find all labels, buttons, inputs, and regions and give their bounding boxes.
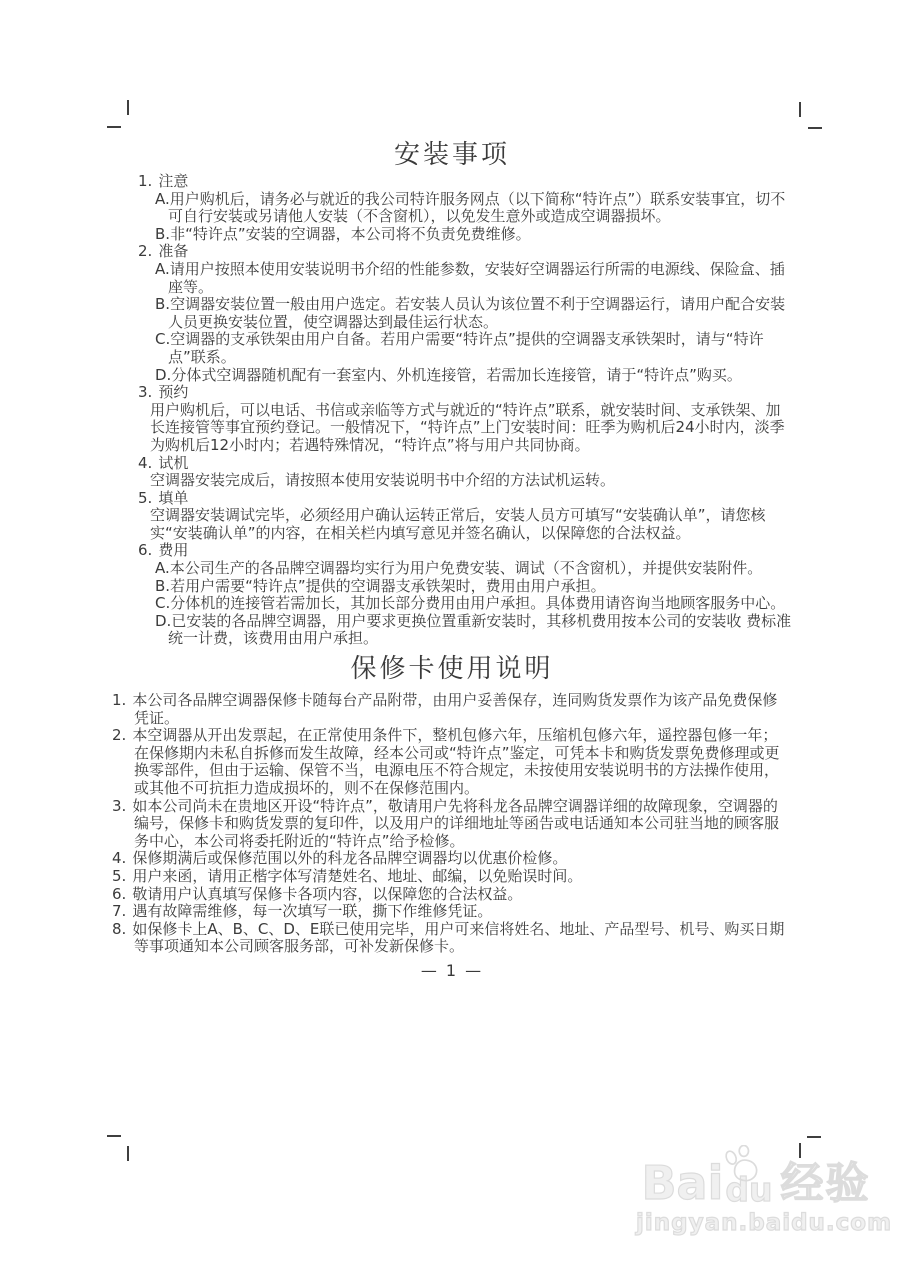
footer-page-number: — 1 —: [112, 961, 792, 980]
warranty-section-title: 保修卡使用说明: [112, 654, 792, 684]
warranty-item-6: 6.敬请用户认真填写保修卡各项内容，以保障您的合法权益。: [112, 886, 792, 904]
install-item-6-sub-d: D.已安装的各品牌空调器，用户要求更换位置重新安装时，其移机费用按本公司的安装收…: [112, 613, 792, 648]
warranty-item-3: 3.如本公司尚未在贵地区开设“特许点”，敬请用户先将科龙各品牌空调器详细的故障现…: [112, 798, 792, 851]
sub-item-label: C.: [155, 330, 170, 348]
item-number: 3.: [138, 383, 152, 401]
install-item-5-heading: 5.填单: [112, 490, 792, 508]
jingyan-url-text: jingyan.baidu.com: [636, 1210, 876, 1236]
crop-mark-bottom-left-vertical: [127, 1146, 129, 1161]
item-number: 2.: [138, 242, 152, 260]
crop-mark-bottom-left-horizontal: [107, 1135, 121, 1137]
sub-item-text: 本公司生产的各品牌空调器均实行为用户免费安装、调试（不含窗机），并提供安装附件。: [170, 559, 763, 577]
item-heading-text: 准备: [158, 242, 188, 260]
install-item-4-heading: 4.试机: [112, 455, 792, 473]
crop-mark-top-left-vertical: [127, 100, 129, 115]
sub-item-label: B.: [155, 225, 170, 243]
baidu-logo-bai-text: Bai: [642, 1160, 724, 1206]
item-number: 3.: [112, 797, 126, 815]
item-heading-text: 试机: [158, 454, 188, 472]
baidu-jingyan-watermark: Bai du 经验 jingyan.baidu.com: [636, 1160, 876, 1236]
crop-mark-top-right-horizontal: [808, 127, 822, 129]
warranty-item-8: 8.如保修卡上A、B、C、D、E联已使用完毕，用户可来信将姓名、地址、产品型号、…: [112, 921, 792, 956]
item-number: 4.: [112, 849, 126, 867]
item-text: 本空调器从开出发票起，在正常使用条件下，整机包修六年，压缩机包修六年，遥控器包修…: [132, 726, 779, 797]
install-item-6-sub-a: A.本公司生产的各品牌空调器均实行为用户免费安装、调试（不含窗机），并提供安装附…: [112, 560, 792, 578]
item-text: 本公司各品牌空调器保修卡随每台产品附带，由用户妥善保存，连同购货发票作为该产品免…: [132, 691, 777, 727]
warranty-item-2: 2.本空调器从开出发票起，在正常使用条件下，整机包修六年，压缩机包修六年，遥控器…: [112, 727, 792, 797]
item-heading-text: 费用: [158, 541, 188, 559]
sub-item-text: 空调器的支承铁架由用户自备。若用户需要“特许点”提供的空调器支承铁架时，请与“特…: [168, 330, 764, 366]
document-content: 安装事项 1.注意 A.用户购机后，请务必与就近的我公司特许服务网点（以下简称“…: [112, 140, 792, 980]
warranty-item-1: 1.本公司各品牌空调器保修卡随每台产品附带，由用户妥善保存，连同购货发票作为该产…: [112, 692, 792, 727]
crop-mark-top-right-vertical: [799, 102, 801, 117]
item-number: 6.: [138, 541, 152, 559]
item-text: 敬请用户认真填写保修卡各项内容，以保障您的合法权益。: [132, 885, 522, 903]
sub-item-label: A.: [155, 260, 170, 278]
item-number: 2.: [112, 726, 126, 744]
install-item-2-sub-a: A.请用户按照本使用安装说明书介绍的性能参数，安装好空调器运行所需的电源线、保险…: [112, 261, 792, 296]
install-item-5-body: 空调器安装调试完毕，必须经用户确认运转正常后，安装人员方可填写“安装确认单”，请…: [112, 507, 792, 542]
baidu-paw-icon: [721, 1145, 765, 1183]
install-item-6-sub-c: C.分体机的连接管若需加长，其加长部分费用由用户承担。具体费用请咨询当地顾客服务…: [112, 595, 792, 613]
crop-mark-bottom-right-vertical: [799, 1143, 801, 1158]
sub-item-text: 若用户需要“特许点”提供的空调器支承铁架时，费用由用户承担。: [170, 577, 606, 595]
install-item-6-heading: 6.费用: [112, 542, 792, 560]
sub-item-text: 分体式空调器随机配有一套室内、外机连接管，若需加长连接管，请于“特许点”购买。: [171, 366, 742, 384]
item-text: 遇有故障需维修，每一次填写一联，撕下作维修凭证。: [132, 902, 492, 920]
warranty-item-7: 7.遇有故障需维修，每一次填写一联，撕下作维修凭证。: [112, 903, 792, 921]
crop-mark-bottom-right-horizontal: [807, 1136, 821, 1138]
item-number: 7.: [112, 902, 126, 920]
install-item-2-sub-b: B.空调器安装位置一般由用户选定。若安装人员认为该位置不利于空调器运行，请用户配…: [112, 296, 792, 331]
install-item-2-heading: 2.准备: [112, 243, 792, 261]
item-text: 用户来函，请用正楷字体写清楚姓名、地址、邮编，以免贻误时间。: [132, 867, 582, 885]
item-number: 5.: [112, 867, 126, 885]
install-item-3-heading: 3.预约: [112, 384, 792, 402]
item-text: 保修期满后或保修范围以外的科龙各品牌空调器均以优惠价检修。: [132, 849, 567, 867]
sub-item-label: D.: [155, 612, 171, 630]
install-item-1-sub-b: B.非“特许点”安装的空调器，本公司将不负责免费维修。: [112, 226, 792, 244]
jingyan-cn-text: 经验: [781, 1163, 871, 1206]
item-text: 如本公司尚未在贵地区开设“特许点”，敬请用户先将科龙各品牌空调器详细的故障现象，…: [132, 797, 779, 850]
install-section-title: 安装事项: [112, 140, 792, 170]
item-number: 1.: [138, 172, 152, 190]
sub-item-label: A.: [155, 190, 170, 208]
sub-item-label: C.: [155, 594, 170, 612]
install-item-1-heading: 1.注意: [112, 173, 792, 191]
item-number: 8.: [112, 920, 126, 938]
crop-mark-top-left-horizontal: [107, 126, 121, 128]
sub-item-label: B.: [155, 577, 170, 595]
item-number: 4.: [138, 454, 152, 472]
install-item-2-sub-c: C.空调器的支承铁架由用户自备。若用户需要“特许点”提供的空调器支承铁架时，请与…: [112, 331, 792, 366]
baidu-logo-du-group: du: [725, 1173, 772, 1206]
sub-item-text: 非“特许点”安装的空调器，本公司将不负责免费维修。: [170, 225, 531, 243]
item-heading-text: 填单: [158, 489, 188, 507]
baidu-logo: Bai du 经验: [636, 1160, 876, 1206]
sub-item-label: D.: [155, 366, 171, 384]
sub-item-label: A.: [155, 559, 170, 577]
sub-item-label: B.: [155, 295, 170, 313]
sub-item-text: 用户购机后，请务必与就近的我公司特许服务网点（以下简称“特许点”）联系安装事宜，…: [168, 190, 785, 226]
sub-item-text: 分体机的连接管若需加长，其加长部分费用由用户承担。具体费用请咨询当地顾客服务中心…: [170, 594, 785, 612]
install-item-3-body: 用户购机后，可以电话、书信或亲临等方式与就近的“特许点”联系，就安装时间、支承铁…: [112, 402, 792, 455]
warranty-item-4: 4.保修期满后或保修范围以外的科龙各品牌空调器均以优惠价检修。: [112, 850, 792, 868]
item-heading-text: 预约: [158, 383, 188, 401]
install-item-4-body: 空调器安装完成后，请按照本使用安装说明书中介绍的方法试机运转。: [112, 472, 792, 490]
sub-item-text: 空调器安装位置一般由用户选定。若安装人员认为该位置不利于空调器运行，请用户配合安…: [168, 295, 785, 331]
item-number: 6.: [112, 885, 126, 903]
item-number: 1.: [112, 691, 126, 709]
install-item-6-sub-b: B.若用户需要“特许点”提供的空调器支承铁架时，费用由用户承担。: [112, 578, 792, 596]
install-section-list: 1.注意 A.用户购机后，请务必与就近的我公司特许服务网点（以下简称“特许点”）…: [112, 173, 792, 648]
item-text: 如保修卡上A、B、C、D、E联已使用完毕，用户可来信将姓名、地址、产品型号、机号…: [132, 920, 784, 956]
sub-item-text: 请用户按照本使用安装说明书介绍的性能参数，安装好空调器运行所需的电源线、保险盒、…: [168, 260, 785, 296]
install-item-1-sub-a: A.用户购机后，请务必与就近的我公司特许服务网点（以下简称“特许点”）联系安装事…: [112, 191, 792, 226]
sub-item-text: 已安装的各品牌空调器，用户要求更换位置重新安装时，其移机费用按本公司的安装收 费…: [168, 612, 791, 648]
document-page: 安装事项 1.注意 A.用户购机后，请务必与就近的我公司特许服务网点（以下简称“…: [0, 0, 906, 1280]
item-heading-text: 注意: [158, 172, 188, 190]
warranty-section-list: 1.本公司各品牌空调器保修卡随每台产品附带，由用户妥善保存，连同购货发票作为该产…: [112, 692, 792, 956]
install-item-2-sub-d: D.分体式空调器随机配有一套室内、外机连接管，若需加长连接管，请于“特许点”购买…: [112, 367, 792, 385]
item-number: 5.: [138, 489, 152, 507]
warranty-item-5: 5.用户来函，请用正楷字体写清楚姓名、地址、邮编，以免贻误时间。: [112, 868, 792, 886]
